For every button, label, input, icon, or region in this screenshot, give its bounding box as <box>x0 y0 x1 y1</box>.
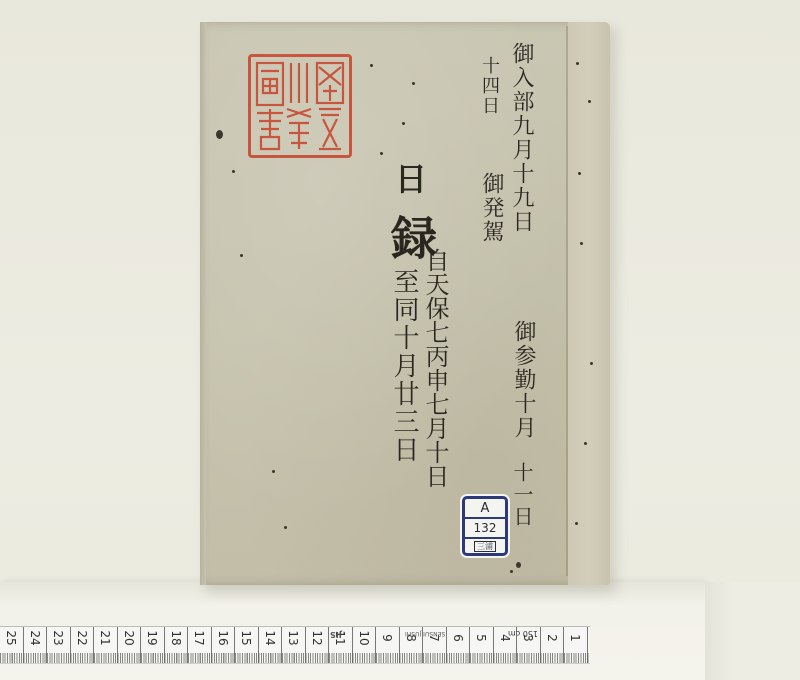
ruler-cm-number: 19 <box>145 630 159 645</box>
ruler-cm-number: 12 <box>310 630 324 645</box>
wormhole <box>240 254 243 257</box>
ownership-seal-stamp <box>248 54 352 158</box>
ruler-cm-number: 16 <box>216 630 230 645</box>
ruler-cm-number: 1 <box>568 634 582 642</box>
ruler-jis-mark: JIS <box>330 630 342 639</box>
ruler-tick-marks <box>0 653 590 663</box>
ruler-cm-number: 21 <box>98 630 112 645</box>
ruler-cm-number: 24 <box>28 630 42 645</box>
ruler-cm-number: 18 <box>169 630 183 645</box>
ruler-cm-number: 25 <box>4 630 18 645</box>
wormhole <box>588 100 591 103</box>
wormhole <box>590 362 593 365</box>
call-number-id: 132 <box>465 519 505 539</box>
annotation-attendance-day: 十一日 <box>508 462 537 528</box>
ruler-cm-number: 2 <box>545 634 559 642</box>
collection-name: 三浦 <box>474 541 496 552</box>
annotation-departure: 御発駕 <box>476 172 507 244</box>
annotation-entry-day: 十四日 <box>476 56 502 116</box>
ruler-cm-number: 22 <box>75 630 89 645</box>
ruler-brand: SENSUI JUSHI <box>405 630 445 637</box>
date-range-from: 自天保七丙申七月十日 <box>418 248 453 488</box>
ruler-unit-label: 150 cm <box>508 629 538 638</box>
annotation-attendance: 御参勤十月 <box>508 320 539 440</box>
ruler-cm-number: 23 <box>51 630 65 645</box>
library-call-number-label: A 132 三浦 <box>462 496 508 556</box>
ruler-cm-number: 6 <box>451 634 465 642</box>
display-surface-edge <box>705 582 800 680</box>
date-range-to: 至同十月廿三日 <box>386 268 423 464</box>
wormhole <box>575 522 578 525</box>
call-number-class: A <box>465 499 505 519</box>
call-number-collection: 三浦 <box>465 539 505 554</box>
ruler-cm-number: 17 <box>192 630 206 645</box>
document-title-char-1: 日 <box>386 162 432 196</box>
binding-strip <box>568 22 610 585</box>
wormhole <box>272 470 275 473</box>
measuring-scale: 2524232221201918171615141312111098765432… <box>0 626 590 664</box>
wormhole <box>284 526 287 529</box>
wormhole <box>584 442 587 445</box>
wormhole <box>576 62 579 65</box>
wormhole <box>216 130 223 139</box>
seal-glyph-icon <box>251 57 349 155</box>
wormhole <box>232 170 235 173</box>
wormhole <box>580 242 583 245</box>
ruler-cm-number: 20 <box>122 630 136 645</box>
cover-left-edge <box>200 22 206 585</box>
annotation-entry-date: 御入部九月十九日 <box>506 42 537 234</box>
wormhole <box>578 172 581 175</box>
wormhole <box>380 152 383 155</box>
ruler-cm-number: 15 <box>239 630 253 645</box>
wormhole <box>516 562 521 568</box>
manuscript-cover: 御入部九月十九日 十四日 御発駕 御参勤十月 十一日 日 録 自天保七丙申七月十… <box>200 22 610 585</box>
wormhole <box>402 122 405 125</box>
ruler-cm-number: 13 <box>286 630 300 645</box>
ruler-cm-number: 5 <box>474 634 488 642</box>
ruler-cm-number: 10 <box>357 630 371 645</box>
wormhole <box>510 570 513 573</box>
wormhole <box>370 64 373 67</box>
ruler-cm-number: 9 <box>380 634 394 642</box>
wormhole <box>412 82 415 85</box>
ruler-cm-number: 14 <box>263 630 277 645</box>
